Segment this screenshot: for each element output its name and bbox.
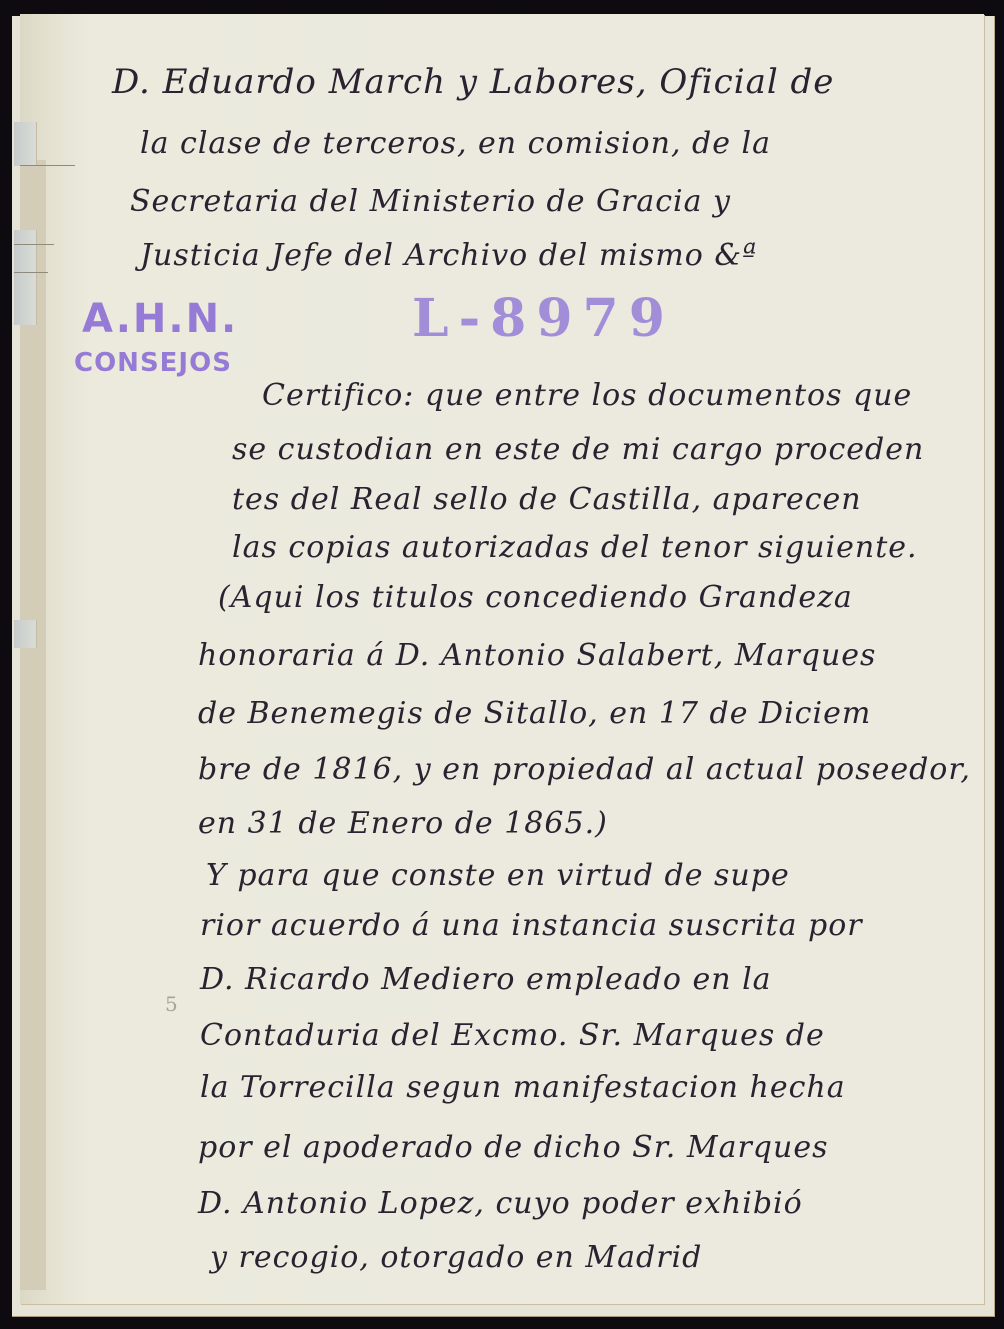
document-scan: A.H.N. CONSEJOS L-8979 D. Eduardo March …	[0, 0, 1004, 1329]
reference-stamp: L-8979	[412, 288, 675, 349]
body-line: se custodian en este de mi cargo procede…	[232, 432, 924, 467]
body-line: D. Ricardo Mediero empleado en la	[200, 962, 772, 997]
body-line: tes del Real sello de Castilla, aparecen	[232, 482, 862, 517]
header-line: Secretaria del Ministerio de Gracia y	[130, 184, 731, 219]
body-line: (Aqui los titulos concediendo Grandeza	[218, 580, 853, 615]
body-line: la Torrecilla segun manifestacion hecha	[200, 1070, 846, 1105]
body-line: D. Antonio Lopez, cuyo poder exhibió	[198, 1186, 803, 1221]
body-line: Contaduria del Excmo. Sr. Marques de	[200, 1018, 825, 1053]
body-line: Certifico: que entre los documentos que	[262, 378, 912, 413]
archive-stamp: A.H.N.	[82, 296, 238, 342]
page-content: A.H.N. CONSEJOS L-8979 D. Eduardo March …	[0, 0, 1004, 1329]
body-line: bre de 1816, y en propiedad al actual po…	[198, 752, 971, 787]
body-line: de Benemegis de Sitallo, en 17 de Diciem	[198, 696, 871, 731]
body-line: las copias autorizadas del tenor siguien…	[232, 530, 918, 565]
body-line: honoraria á D. Antonio Salabert, Marques	[198, 638, 876, 673]
header-line: la clase de terceros, en comision, de la	[140, 126, 771, 161]
body-line: por el apoderado de dicho Sr. Marques	[198, 1130, 828, 1165]
header-line: Justicia Jefe del Archivo del mismo &ª	[140, 238, 757, 273]
body-line: rior acuerdo á una instancia suscrita po…	[200, 908, 863, 943]
body-line: y recogio, otorgado en Madrid	[210, 1240, 702, 1275]
header-line: D. Eduardo March y Labores, Oficial de	[112, 62, 834, 102]
section-stamp: CONSEJOS	[74, 348, 232, 378]
body-line: Y para que conste en virtud de supe	[206, 858, 790, 893]
margin-pencil-note: 5	[165, 992, 178, 1016]
body-line: en 31 de Enero de 1865.)	[198, 806, 608, 841]
